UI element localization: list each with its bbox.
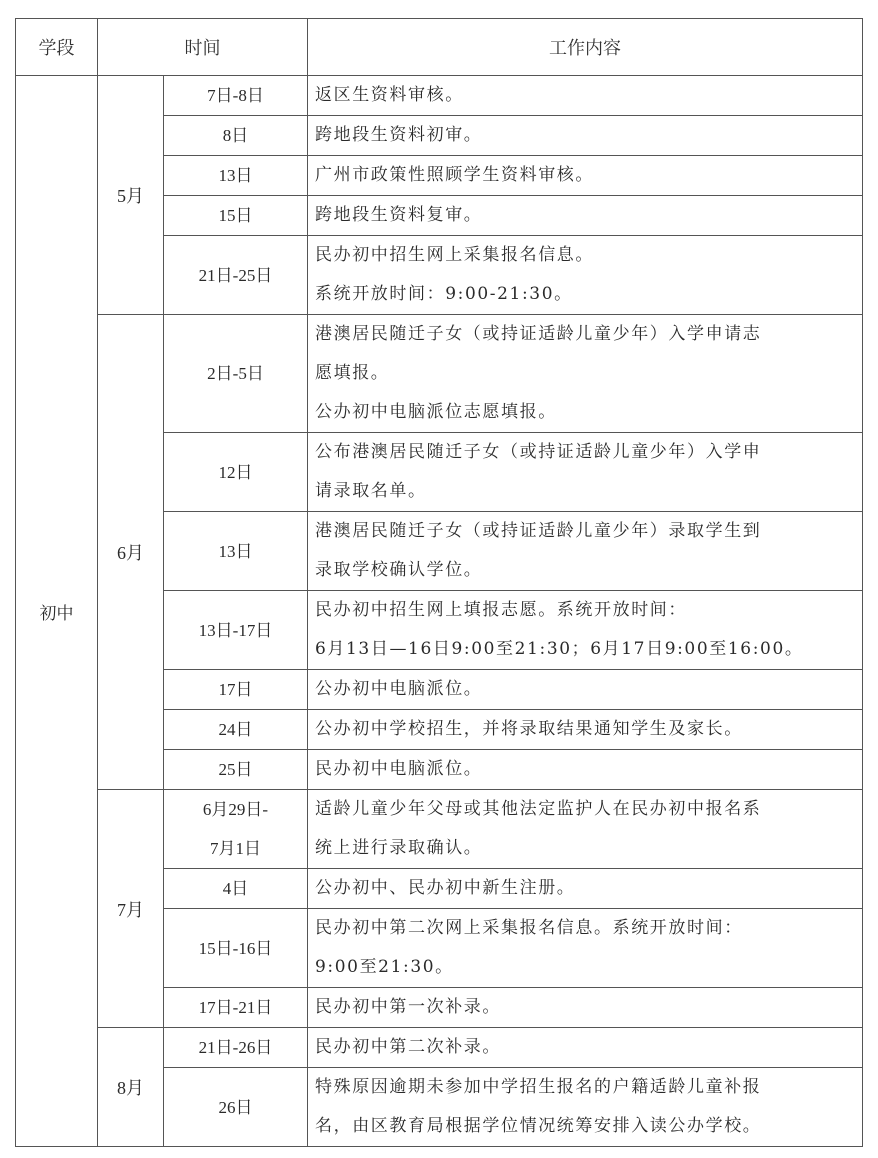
date-cell: 4日 — [164, 869, 308, 909]
date-text: 15日 — [164, 196, 307, 235]
header-time: 时间 — [98, 19, 308, 76]
schedule-row: 8月21日-26日民办初中第二次补录。 — [16, 1028, 863, 1068]
content-text: 跨地段生资料初审。 — [315, 116, 856, 155]
content-cell: 民办初中第一次补录。 — [308, 988, 863, 1028]
date-text: 7月1日 — [164, 829, 307, 868]
date-cell: 25日 — [164, 750, 308, 790]
content-text: 民办初中第二次网上采集报名信息。系统开放时间： — [315, 909, 856, 948]
content-text: 公办初中电脑派位志愿填报。 — [315, 393, 856, 432]
date-text: 13日 — [164, 532, 307, 571]
content-text: 公办初中学校招生，并将录取结果通知学生及家长。 — [315, 710, 856, 749]
content-cell: 跨地段生资料初审。 — [308, 116, 863, 156]
date-cell: 2日-5日 — [164, 315, 308, 433]
date-text: 6月29日- — [164, 790, 307, 829]
content-text: 广州市政策性照顾学生资料审核。 — [315, 156, 856, 195]
month-cell: 5月 — [98, 76, 164, 315]
month-cell: 6月 — [98, 315, 164, 790]
date-text: 13日-17日 — [164, 611, 307, 650]
content-text: 返区生资料审核。 — [315, 76, 856, 115]
date-text: 7日-8日 — [164, 76, 307, 115]
schedule-row: 7月6月29日-7月1日适龄儿童少年父母或其他法定监护人在民办初中报名系统上进行… — [16, 790, 863, 869]
date-cell: 21日-26日 — [164, 1028, 308, 1068]
month-cell: 7月 — [98, 790, 164, 1028]
content-cell: 港澳居民随迁子女（或持证适龄儿童少年）录取学生到录取学校确认学位。 — [308, 512, 863, 591]
header-content: 工作内容 — [308, 19, 863, 76]
date-cell: 13日-17日 — [164, 591, 308, 670]
content-cell: 适龄儿童少年父母或其他法定监护人在民办初中报名系统上进行录取确认。 — [308, 790, 863, 869]
date-cell: 17日 — [164, 670, 308, 710]
content-text: 愿填报。 — [315, 354, 856, 393]
content-cell: 跨地段生资料复审。 — [308, 196, 863, 236]
stage-cell: 初中 — [16, 76, 98, 1147]
date-text: 8日 — [164, 116, 307, 155]
date-text: 12日 — [164, 453, 307, 492]
content-text: 公办初中电脑派位。 — [315, 670, 856, 709]
content-cell: 港澳居民随迁子女（或持证适龄儿童少年）入学申请志愿填报。公办初中电脑派位志愿填报… — [308, 315, 863, 433]
date-text: 13日 — [164, 156, 307, 195]
content-text: 统上进行录取确认。 — [315, 829, 856, 868]
date-text: 17日 — [164, 670, 307, 709]
enrollment-schedule-table: 学段 时间 工作内容 初中5月7日-8日返区生资料审核。8日跨地段生资料初审。1… — [15, 18, 863, 1147]
date-cell: 13日 — [164, 512, 308, 591]
date-text: 21日-26日 — [164, 1028, 307, 1067]
content-text: 录取学校确认学位。 — [315, 551, 856, 590]
schedule-row: 6月2日-5日港澳居民随迁子女（或持证适龄儿童少年）入学申请志愿填报。公办初中电… — [16, 315, 863, 433]
content-text: 民办初中招生网上填报志愿。系统开放时间： — [315, 591, 856, 630]
content-cell: 公布港澳居民随迁子女（或持证适龄儿童少年）入学申请录取名单。 — [308, 433, 863, 512]
date-cell: 17日-21日 — [164, 988, 308, 1028]
content-text: 港澳居民随迁子女（或持证适龄儿童少年）入学申请志 — [315, 315, 856, 354]
content-text: 跨地段生资料复审。 — [315, 196, 856, 235]
content-cell: 公办初中电脑派位。 — [308, 670, 863, 710]
content-text: 请录取名单。 — [315, 472, 856, 511]
date-cell: 24日 — [164, 710, 308, 750]
date-text: 15日-16日 — [164, 929, 307, 968]
date-cell: 15日-16日 — [164, 909, 308, 988]
date-text: 21日-25日 — [164, 256, 307, 295]
content-text: 民办初中第二次补录。 — [315, 1028, 856, 1067]
month-cell: 8月 — [98, 1028, 164, 1147]
schedule-row: 初中5月7日-8日返区生资料审核。 — [16, 76, 863, 116]
date-text: 26日 — [164, 1088, 307, 1127]
date-cell: 15日 — [164, 196, 308, 236]
content-cell: 广州市政策性照顾学生资料审核。 — [308, 156, 863, 196]
content-cell: 返区生资料审核。 — [308, 76, 863, 116]
content-cell: 民办初中招生网上填报志愿。系统开放时间：6月13日—16日9:00至21:30；… — [308, 591, 863, 670]
content-text: 名，由区教育局根据学位情况统筹安排入读公办学校。 — [315, 1107, 856, 1146]
schedule-body: 初中5月7日-8日返区生资料审核。8日跨地段生资料初审。13日广州市政策性照顾学… — [16, 76, 863, 1147]
date-cell: 21日-25日 — [164, 236, 308, 315]
date-text: 17日-21日 — [164, 988, 307, 1027]
date-cell: 6月29日-7月1日 — [164, 790, 308, 869]
date-cell: 26日 — [164, 1068, 308, 1147]
content-text: 特殊原因逾期未参加中学招生报名的户籍适龄儿童补报 — [315, 1068, 856, 1107]
content-cell: 民办初中招生网上采集报名信息。系统开放时间：9:00-21:30。 — [308, 236, 863, 315]
content-text: 民办初中电脑派位。 — [315, 750, 856, 789]
date-text: 2日-5日 — [164, 354, 307, 393]
header-stage: 学段 — [16, 19, 98, 76]
content-text: 6月13日—16日9:00至21:30；6月17日9:00至16:00。 — [315, 630, 856, 669]
content-cell: 民办初中第二次补录。 — [308, 1028, 863, 1068]
content-cell: 民办初中第二次网上采集报名信息。系统开放时间：9:00至21:30。 — [308, 909, 863, 988]
date-text: 24日 — [164, 710, 307, 749]
date-text: 25日 — [164, 750, 307, 789]
content-cell: 民办初中电脑派位。 — [308, 750, 863, 790]
date-cell: 12日 — [164, 433, 308, 512]
content-text: 民办初中招生网上采集报名信息。 — [315, 236, 856, 275]
content-cell: 公办初中学校招生，并将录取结果通知学生及家长。 — [308, 710, 863, 750]
content-text: 港澳居民随迁子女（或持证适龄儿童少年）录取学生到 — [315, 512, 856, 551]
content-text: 公办初中、民办初中新生注册。 — [315, 869, 856, 908]
content-text: 适龄儿童少年父母或其他法定监护人在民办初中报名系 — [315, 790, 856, 829]
content-text: 公布港澳居民随迁子女（或持证适龄儿童少年）入学申 — [315, 433, 856, 472]
content-text: 系统开放时间：9:00-21:30。 — [315, 275, 856, 314]
date-cell: 8日 — [164, 116, 308, 156]
header-row: 学段 时间 工作内容 — [16, 19, 863, 76]
date-cell: 7日-8日 — [164, 76, 308, 116]
content-cell: 特殊原因逾期未参加中学招生报名的户籍适龄儿童补报名，由区教育局根据学位情况统筹安… — [308, 1068, 863, 1147]
content-cell: 公办初中、民办初中新生注册。 — [308, 869, 863, 909]
date-cell: 13日 — [164, 156, 308, 196]
content-text: 9:00至21:30。 — [315, 948, 856, 987]
content-text: 民办初中第一次补录。 — [315, 988, 856, 1027]
date-text: 4日 — [164, 869, 307, 908]
